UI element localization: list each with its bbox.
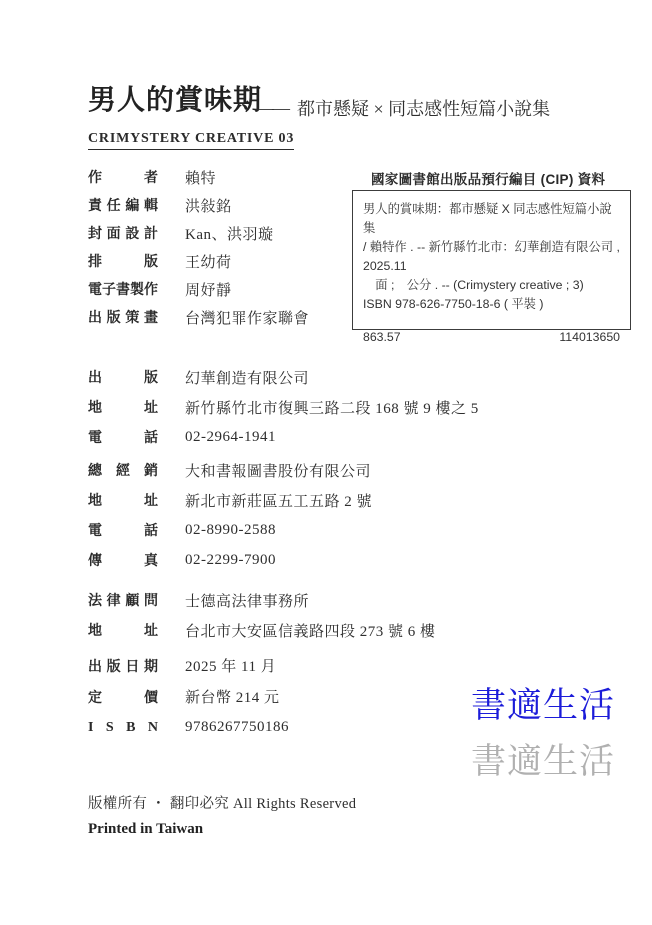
distributor-label: 電話 xyxy=(88,520,158,540)
publication-label: 出版日期 xyxy=(88,656,158,676)
credit-value: Kan、洪羽璇 xyxy=(185,223,274,244)
legal-label: 地址 xyxy=(88,620,158,640)
legal-label: 法律顧問 xyxy=(88,590,158,610)
credit-value: 洪敍銘 xyxy=(185,195,232,216)
distributor-value: 02-2299-7900 xyxy=(185,552,276,569)
publisher-label: 出版 xyxy=(88,367,158,387)
publication-row: ISBN 9786267750186 xyxy=(88,712,289,743)
publisher-value: 幻華創造有限公司 xyxy=(185,367,309,388)
distributor-label: 傳真 xyxy=(88,550,158,570)
publication-value: 9786267750186 xyxy=(185,719,289,736)
publication-row: 定價 新台幣 214 元 xyxy=(88,681,289,712)
cip-box: 男人的賞味期：都市懸疑 X 同志感性短篇小說集 / 賴特作 . -- 新竹縣竹北… xyxy=(352,190,631,330)
title-dash: —— xyxy=(256,98,288,119)
distributor-label: 總經銷 xyxy=(88,460,158,480)
distributor-label: 地址 xyxy=(88,490,158,510)
legal-value: 士德高法律事務所 xyxy=(185,590,309,611)
cip-bottom-row: 863.57 114013650 xyxy=(363,328,620,347)
publication-label: ISBN xyxy=(88,720,158,736)
book-subtitle: 都市懸疑 × 同志感性短篇小說集 xyxy=(297,95,550,121)
distributor-value: 新北市新莊區五工五路 2 號 xyxy=(185,490,372,511)
publication-value: 2025 年 11 月 xyxy=(185,655,276,676)
printed-line: Printed in Taiwan xyxy=(88,821,203,838)
publisher-row: 電話 02-2964-1941 xyxy=(88,422,479,452)
distributor-row: 電話 02-8990-2588 xyxy=(88,515,372,545)
cip-line: 2025.11 xyxy=(363,257,620,276)
cip-line: 男人的賞味期：都市懸疑 X 同志感性短篇小說集 xyxy=(363,200,620,238)
publisher-row: 地址 新竹縣竹北市復興三路二段 168 號 9 樓之 5 xyxy=(88,392,479,422)
credit-label: 電子書製作 xyxy=(88,279,158,299)
publisher-section: 出版 幻華創造有限公司 地址 新竹縣竹北市復興三路二段 168 號 9 樓之 5… xyxy=(88,362,479,452)
credit-label: 封面設計 xyxy=(88,223,158,243)
legal-section: 法律顧問 士德高法律事務所 地址 台北市大安區信義路四段 273 號 6 樓 xyxy=(88,585,436,645)
credit-label: 排版 xyxy=(88,251,158,271)
distributor-row: 地址 新北市新莊區五工五路 2 號 xyxy=(88,485,372,515)
credit-row: 排版 王幼荷 xyxy=(88,247,309,275)
distributor-row: 傳真 02-2299-7900 xyxy=(88,545,372,575)
rights-line: 版權所有 ・ 翻印必究 All Rights Reserved xyxy=(88,792,356,813)
credit-row: 出版策畫 台灣犯罪作家聯會 xyxy=(88,303,309,331)
legal-value: 台北市大安區信義路四段 273 號 6 樓 xyxy=(185,620,436,641)
credit-row: 電子書製作 周妤靜 xyxy=(88,275,309,303)
distributor-value: 大和書報圖書股份有限公司 xyxy=(185,460,371,481)
publication-label: 定價 xyxy=(88,687,158,707)
credits-section: 作者 賴特 責任編輯 洪敍銘 封面設計 Kan、洪羽璇 排版 王幼荷 電子書製作… xyxy=(88,163,309,331)
credit-label: 責任編輯 xyxy=(88,195,158,215)
distributor-row: 總經銷 大和書報圖書股份有限公司 xyxy=(88,455,372,485)
cip-header: 國家圖書館出版品預行編目 (CIP) 資料 xyxy=(371,168,605,188)
cip-line: / 賴特作 . -- 新竹縣竹北市：幻華創造有限公司 , xyxy=(363,238,620,257)
watermark-blue: 書適生活 xyxy=(471,688,615,723)
publisher-row: 出版 幻華創造有限公司 xyxy=(88,362,479,392)
publisher-value: 02-2964-1941 xyxy=(185,429,276,446)
credit-value: 台灣犯罪作家聯會 xyxy=(185,307,309,328)
subtitle-row: —— 都市懸疑 × 同志感性短篇小說集 xyxy=(256,95,550,121)
credit-row: 責任編輯 洪敍銘 xyxy=(88,191,309,219)
colophon-page: 男人的賞味期 —— 都市懸疑 × 同志感性短篇小說集 CRIMYSTERY CR… xyxy=(0,0,652,925)
credit-row: 封面設計 Kan、洪羽璇 xyxy=(88,219,309,247)
cip-class-number: 863.57 xyxy=(363,328,401,347)
distributor-section: 總經銷 大和書報圖書股份有限公司 地址 新北市新莊區五工五路 2 號 電話 02… xyxy=(88,455,372,575)
publisher-value: 新竹縣竹北市復興三路二段 168 號 9 樓之 5 xyxy=(185,397,479,418)
cip-line: ISBN 978-626-7750-18-6 ( 平裝 ) xyxy=(363,295,620,314)
series-label: CRIMYSTERY CREATIVE 03 xyxy=(88,131,294,150)
credit-label: 出版策畫 xyxy=(88,307,158,327)
legal-row: 法律顧問 士德高法律事務所 xyxy=(88,585,436,615)
credit-row: 作者 賴特 xyxy=(88,163,309,191)
cip-line: 面 ; 公分 . -- (Crimystery creative ; 3) xyxy=(363,276,620,295)
cip-record-number: 114013650 xyxy=(559,328,620,347)
publication-value: 新台幣 214 元 xyxy=(185,686,280,707)
watermark-gray: 書適生活 xyxy=(471,744,615,779)
credit-value: 周妤靜 xyxy=(185,279,232,300)
legal-row: 地址 台北市大安區信義路四段 273 號 6 樓 xyxy=(88,615,436,645)
publisher-label: 電話 xyxy=(88,427,158,447)
publication-row: 出版日期 2025 年 11 月 xyxy=(88,650,289,681)
credit-label: 作者 xyxy=(88,167,158,187)
publisher-label: 地址 xyxy=(88,397,158,417)
publication-section: 出版日期 2025 年 11 月 定價 新台幣 214 元 ISBN 97862… xyxy=(88,650,289,743)
credit-value: 王幼荷 xyxy=(185,251,232,272)
book-title: 男人的賞味期 xyxy=(88,84,262,118)
distributor-value: 02-8990-2588 xyxy=(185,522,276,539)
credit-value: 賴特 xyxy=(185,167,216,188)
